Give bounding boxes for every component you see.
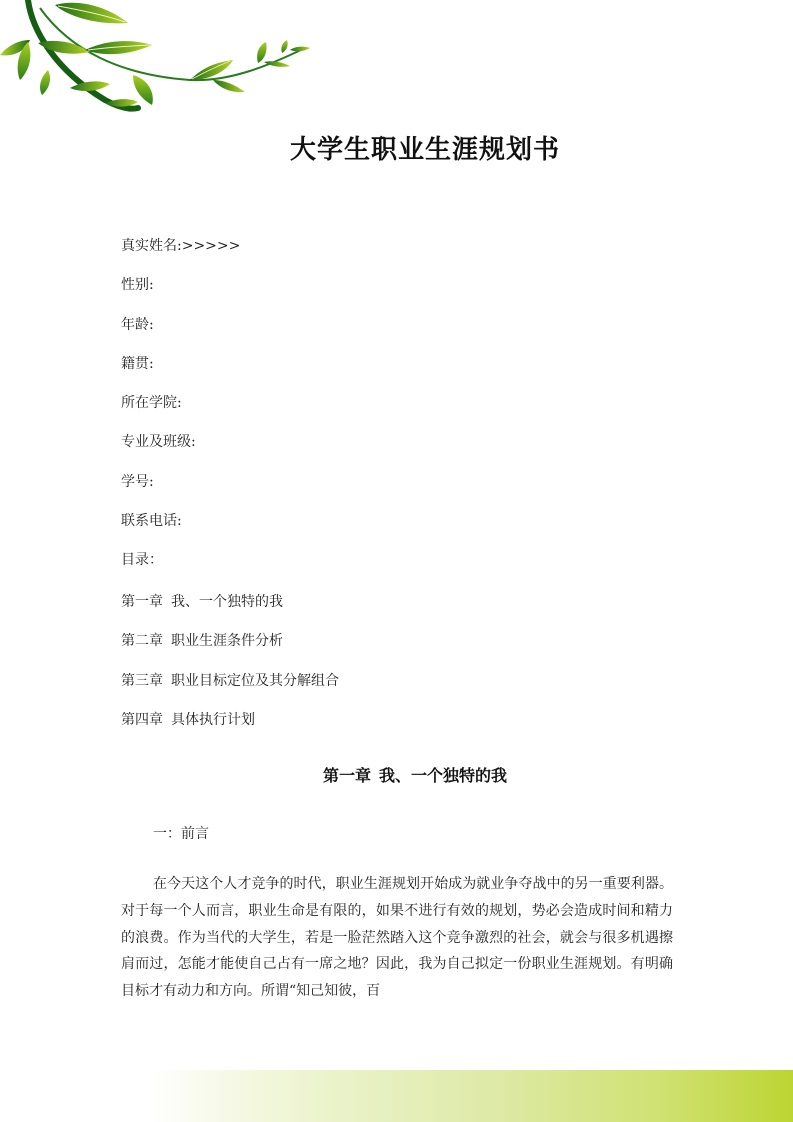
document-page: 大学生职业生涯规划书 真实姓名:>>>>> 性别: 年龄: 籍贯: 所在学院: … <box>0 0 793 1122</box>
info-field-age: 年龄: <box>121 315 240 354</box>
toc-item-chapter-2: 第二章职业生涯条件分析 <box>121 631 339 670</box>
info-field-hometown: 籍贯: <box>121 354 240 393</box>
document-title: 大学生职业生涯规划书 <box>0 129 793 166</box>
toc-chapter-title: 职业目标定位及其分解组合 <box>171 673 339 689</box>
toc-chapter-number: 第四章 <box>121 712 163 728</box>
toc-item-chapter-3: 第三章职业目标定位及其分解组合 <box>121 671 339 710</box>
toc-item-chapter-1: 第一章我、一个独特的我 <box>121 592 339 631</box>
chapter-number: 第一章 <box>323 766 371 785</box>
info-field-name: 真实姓名:>>>>> <box>121 236 240 275</box>
toc-chapter-title: 具体执行计划 <box>171 712 255 728</box>
green-vine-leaves-icon <box>0 0 320 115</box>
table-of-contents: 第一章我、一个独特的我 第二章职业生涯条件分析 第三章职业目标定位及其分解组合 … <box>121 592 339 749</box>
toc-chapter-title: 职业生涯条件分析 <box>171 633 283 649</box>
info-field-gender: 性别: <box>121 275 240 314</box>
info-label: 年龄: <box>121 317 154 333</box>
chapter-1-heading: 第一章我、一个独特的我 <box>0 763 793 786</box>
info-field-college: 所在学院: <box>121 393 240 432</box>
toc-label: 目录： <box>121 550 240 589</box>
info-label: 性别: <box>121 277 154 293</box>
info-field-phone: 联系电话: <box>121 511 240 550</box>
info-label: 籍贯: <box>121 356 154 372</box>
info-field-major-class: 专业及班级: <box>121 432 240 471</box>
toc-chapter-title: 我、一个独特的我 <box>171 594 283 610</box>
info-field-student-id: 学号: <box>121 472 240 511</box>
info-label: 真实姓名: <box>121 238 182 254</box>
info-label: 所在学院: <box>121 395 182 411</box>
info-label: 学号: <box>121 474 154 490</box>
toc-item-chapter-4: 第四章具体执行计划 <box>121 710 339 749</box>
toc-chapter-number: 第一章 <box>121 594 163 610</box>
preface-paragraph: 在今天这个人才竞争的时代，职业生涯规划开始成为就业争夺战中的另一重要利器。对于每… <box>121 871 673 1005</box>
personal-info-list: 真实姓名:>>>>> 性别: 年龄: 籍贯: 所在学院: 专业及班级: 学号: … <box>121 236 240 590</box>
info-value: >>>>> <box>182 238 241 254</box>
toc-chapter-number: 第二章 <box>121 633 163 649</box>
section-heading-preface: 一：前言 <box>153 823 209 843</box>
info-label: 联系电话: <box>121 513 182 529</box>
chapter-title: 我、一个独特的我 <box>379 766 507 785</box>
info-label: 专业及班级: <box>121 434 196 450</box>
footer-gradient-band <box>150 1070 793 1122</box>
toc-chapter-number: 第三章 <box>121 673 163 689</box>
